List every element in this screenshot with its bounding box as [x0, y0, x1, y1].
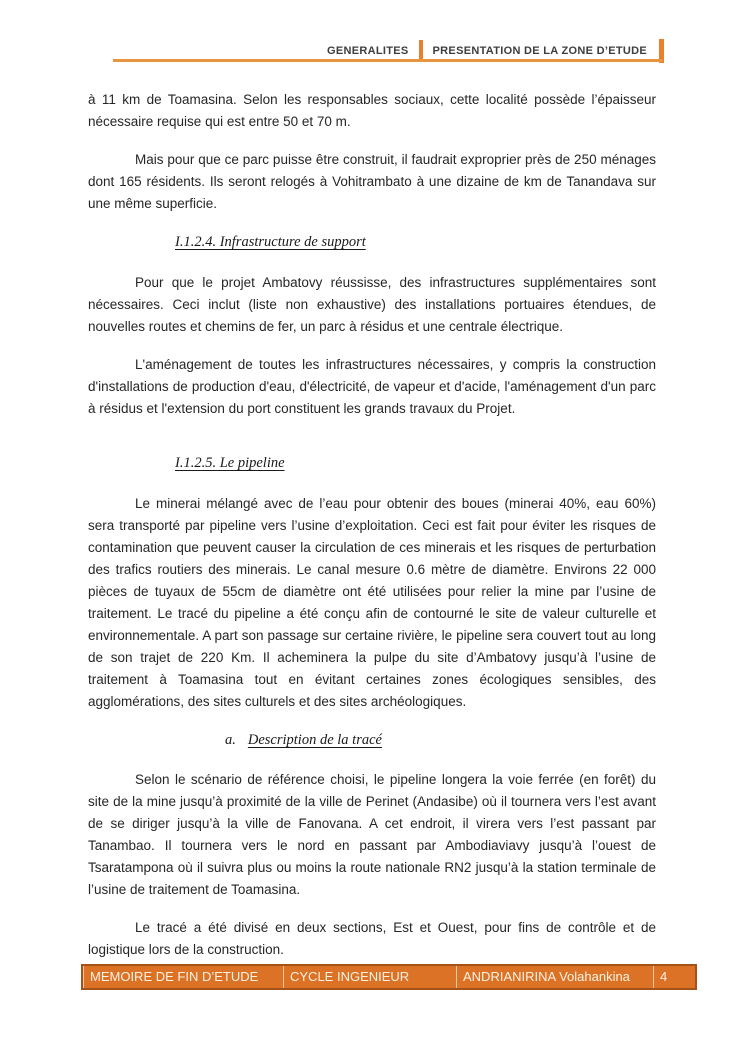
section-heading-infrastructure: I.1.2.4. Infrastructure de support	[175, 231, 656, 253]
page-header: GENERALITES PRESENTATION DE LA ZONE D’ET…	[0, 0, 744, 62]
page-footer: MEMOIRE DE FIN D’ETUDE CYCLE INGENIEUR A…	[81, 964, 697, 990]
body-paragraph: Selon le scénario de référence choisi, l…	[88, 769, 656, 901]
document-page: { "header": { "section_left": "GENERALIT…	[0, 0, 744, 1053]
body-paragraph: Pour que le projet Ambatovy réussisse, d…	[88, 272, 656, 338]
body-paragraph: à 11 km de Toamasina. Selon les responsa…	[88, 89, 656, 133]
body-paragraph: Le minerai mélangé avec de l’eau pour ob…	[88, 493, 656, 713]
footer-author-name: ANDRIANIRINA Volahankina	[456, 966, 653, 988]
body-paragraph: Le tracé a été divisé en deux sections, …	[88, 917, 656, 961]
subsection-heading-prefix: a.	[225, 732, 236, 748]
header-rule	[113, 59, 663, 62]
subsection-heading-description: a.Description de la tracé	[225, 729, 656, 751]
subsection-heading-title: Description de la tracé	[248, 732, 382, 748]
footer-page-number: 4	[653, 966, 695, 988]
page-content: à 11 km de Toamasina. Selon les responsa…	[0, 62, 744, 961]
body-paragraph: L'aménagement de toutes les infrastructu…	[88, 354, 656, 420]
footer-document-title: MEMOIRE DE FIN D’ETUDE	[83, 966, 283, 988]
section-heading-pipeline: I.1.2.5. Le pipeline	[175, 452, 656, 474]
footer-program-label: CYCLE INGENIEUR	[283, 966, 456, 988]
body-paragraph: Mais pour que ce parc puisse être constr…	[88, 149, 656, 215]
